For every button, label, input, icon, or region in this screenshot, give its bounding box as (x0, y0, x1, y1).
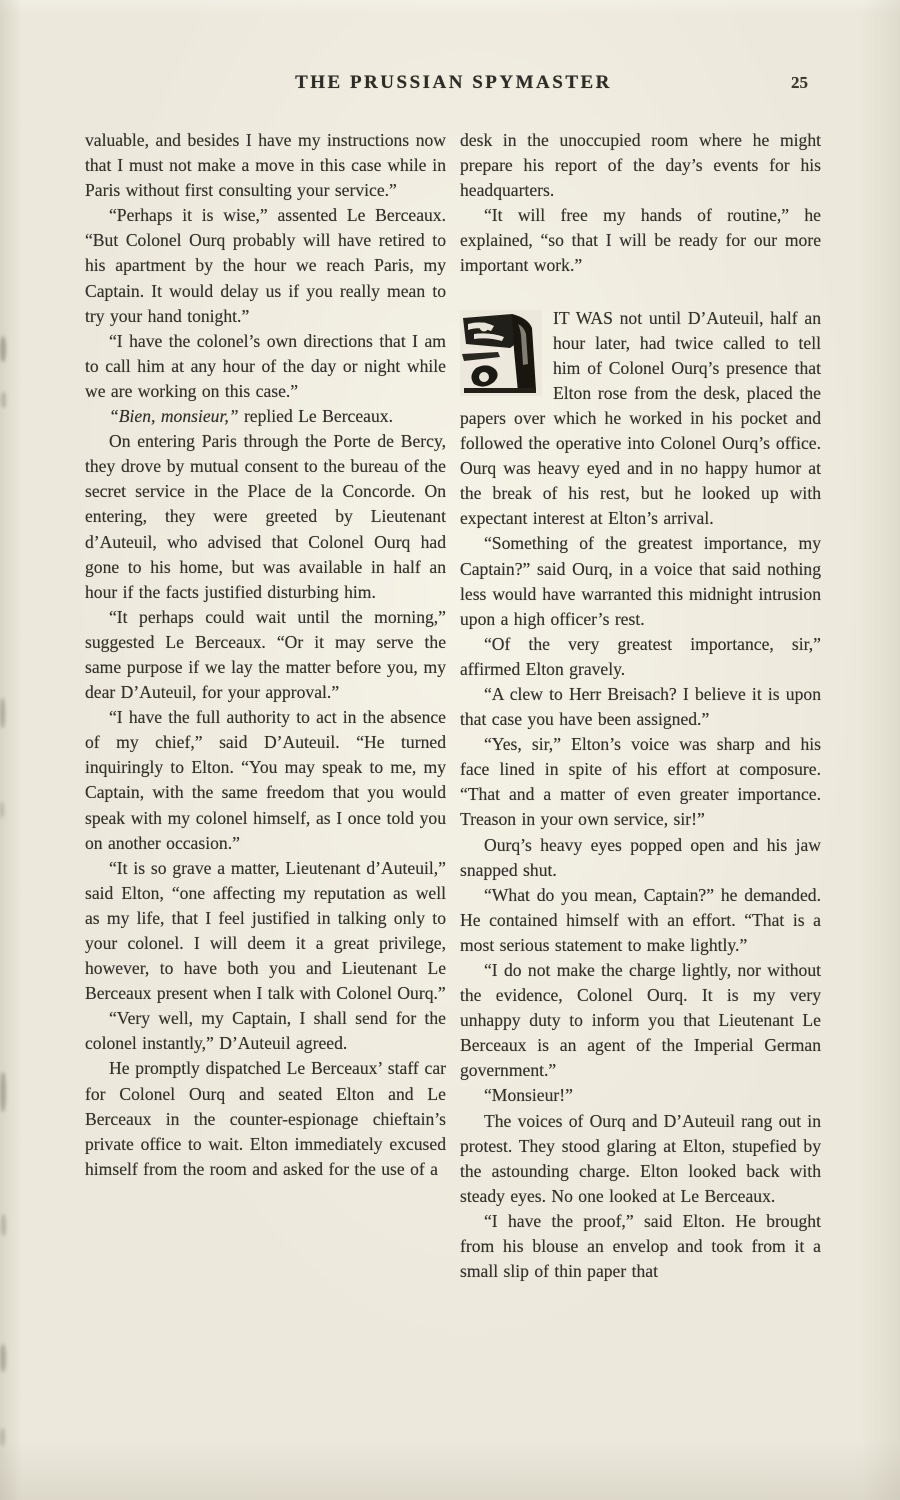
scan-smudge (1, 1214, 6, 1236)
chapter-section: IT WAS not until D’Auteuil, half an hour… (460, 306, 821, 1285)
page-number: 25 (791, 73, 808, 93)
paragraph: desk in the unoccupied room where he mig… (460, 128, 821, 203)
paragraph: On entering Paris through the Porte de B… (85, 429, 446, 605)
scan-smudge (0, 802, 4, 818)
scan-smudge (0, 1428, 5, 1446)
paragraph: “Yes, sir,” Elton’s voice was sharp and … (460, 732, 821, 832)
paragraph: “Bien, monsieur,” replied Le Berceaux. (85, 404, 446, 429)
woodcut-desk-illustration-icon (460, 310, 542, 396)
paragraph: “I have the proof,” said Elton. He broug… (460, 1209, 821, 1284)
paragraph-text: replied Le Berceaux. (239, 406, 393, 426)
paragraph: valuable, and besides I have my instruct… (85, 128, 446, 203)
paragraph: “I have the colonel’s own directions tha… (85, 329, 446, 404)
left-column: valuable, and besides I have my instruct… (85, 128, 446, 1284)
paragraph: “What do you mean, Captain?” he demanded… (460, 883, 821, 958)
paragraph: Ourq’s heavy eyes popped open and his ja… (460, 833, 821, 883)
paragraph: “Something of the greatest importance, m… (460, 531, 821, 631)
paragraph: “I have the full authority to act in the… (85, 705, 446, 856)
scanned-book-page: THE PRUSSIAN SPYMASTER 25 valuable, and … (0, 0, 900, 1500)
paragraph: “I do not make the charge lightly, nor w… (460, 958, 821, 1083)
paragraph: “A clew to Herr Breisach? I believe it i… (460, 682, 821, 732)
paragraph: “Perhaps it is wise,” assented Le Bercea… (85, 203, 446, 328)
paragraph: He promptly dispatched Le Berceaux’ staf… (85, 1056, 446, 1181)
text-columns: valuable, and besides I have my instruct… (85, 128, 821, 1284)
right-column: desk in the unoccupied room where he mig… (460, 128, 821, 1284)
paragraph: “It will free my hands of routine,” he e… (460, 203, 821, 278)
paragraph: “Of the very greatest importance, sir,” … (460, 632, 821, 682)
scan-smudge (0, 1344, 6, 1372)
paragraph: “It is so grave a matter, Lieutenant d’A… (85, 856, 446, 1007)
paragraph: The voices of Ourq and D’Auteuil rang ou… (460, 1109, 821, 1209)
scan-smudge (1, 392, 6, 408)
scan-smudge (0, 1072, 6, 1112)
running-head: THE PRUSSIAN SPYMASTER 25 (85, 72, 822, 100)
page-title: THE PRUSSIAN SPYMASTER (85, 72, 822, 94)
paragraph: “Monsieur!” (460, 1083, 821, 1108)
paragraph: “It perhaps could wait until the morning… (85, 605, 446, 705)
italic-phrase: “Bien, monsieur,” (109, 406, 239, 426)
paragraph: “Very well, my Captain, I shall send for… (85, 1006, 446, 1056)
scan-smudge (0, 698, 5, 728)
scan-smudge (0, 336, 6, 362)
